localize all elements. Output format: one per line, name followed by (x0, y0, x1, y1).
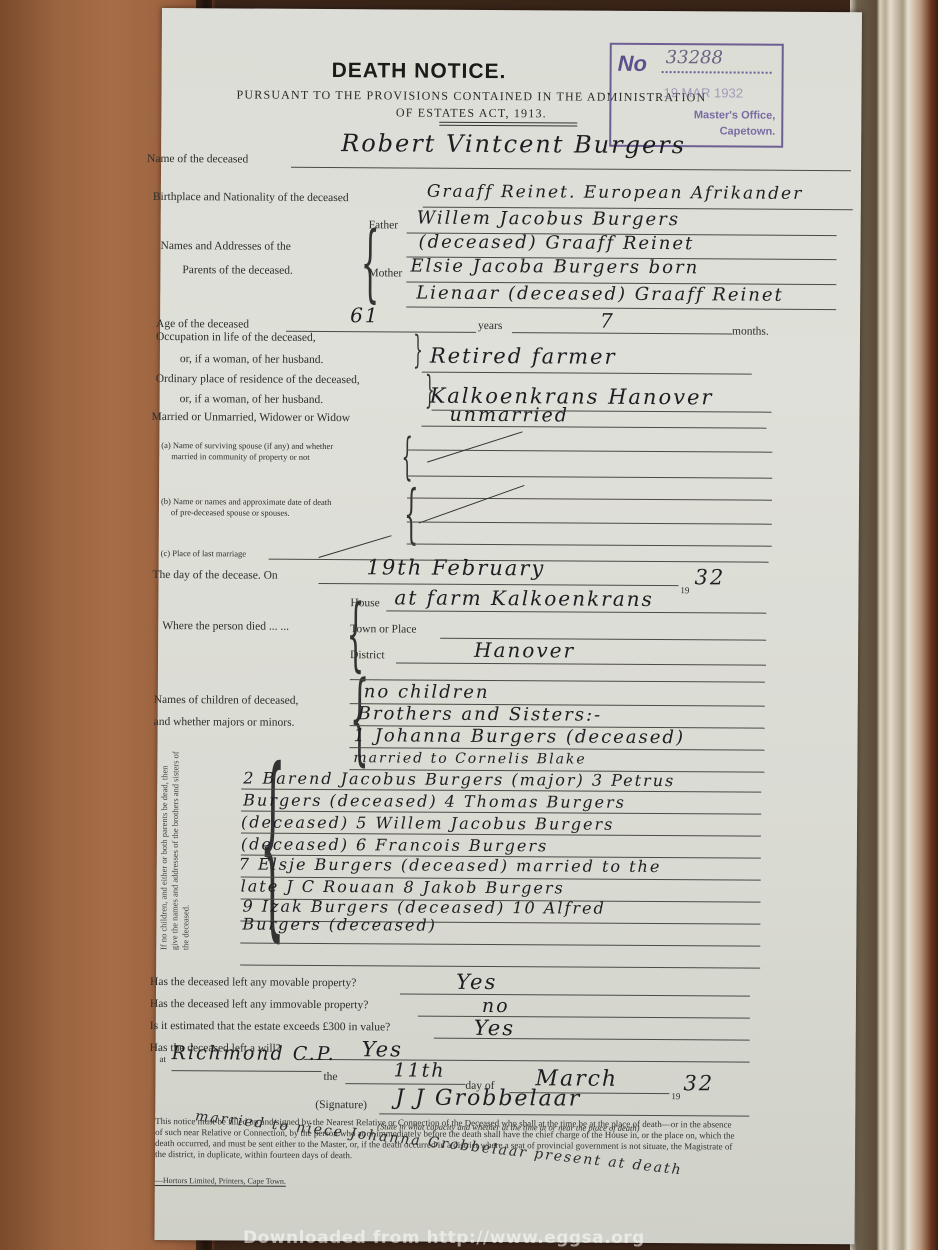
immovable-label: Has the deceased left any immovable prop… (150, 998, 368, 1011)
spouse-predeceased-rule-3 (407, 544, 772, 547)
spouse-surviving-rule-2 (407, 476, 772, 479)
signed-year-prefix: 19 (671, 1091, 680, 1101)
parents-label-2: Parents of the deceased. (182, 264, 293, 277)
watermark: Downloaded from http://www.eggsa.org (243, 1228, 645, 1248)
parents-label-1: Names and Addresses of the (161, 240, 291, 253)
spouse-predeceased-label: (b) Name or names and approximate date o… (161, 496, 332, 519)
mother-rule-2 (406, 306, 836, 310)
birthplace-value: Graaff Reinet. European Afrikander (427, 182, 803, 204)
signed-day-value: 11th (393, 1059, 445, 1081)
children-line-3: 1 Johanna Burgers (deceased) (353, 725, 685, 748)
children-label-1: Names of children of deceased, (154, 694, 299, 707)
siblings-rule-7 (240, 942, 760, 946)
immovable-rule (418, 1016, 750, 1019)
spouse-surviving-cross-out (427, 431, 523, 462)
spouse-predeceased-cross-out (419, 485, 525, 524)
signed-the-label: the (323, 1071, 337, 1083)
house-value: at farm Kalkoenkrans (394, 585, 654, 611)
spouse-predeceased-rule-1 (407, 498, 772, 501)
siblings-line-8: Burgers (deceased) (242, 915, 437, 935)
signed-year-value: 32 (683, 1071, 714, 1095)
name-rule (291, 167, 851, 171)
siblings-line-1: 2 Barend Jacobus Burgers (major) 3 Petru… (243, 769, 675, 791)
name-value: Robert Vintcent Burgers (341, 129, 686, 159)
residence-label-1: Ordinary place of residence of the decea… (156, 373, 360, 386)
stamp-office: Master's Office, Capetown. (694, 107, 776, 139)
birthplace-label: Birthplace and Nationality of the deceas… (153, 191, 349, 204)
death-notice-page: DEATH NOTICE. PURSUANT TO THE PROVISIONS… (154, 8, 862, 1244)
marital-label: Married or Unmarried, Widower or Widow (151, 411, 350, 424)
stamp-dotted-line (662, 71, 772, 74)
marital-value: unmarried (449, 404, 569, 427)
will-value: Yes (362, 1037, 403, 1061)
last-marriage-label: (c) Place of last marriage (161, 548, 247, 560)
siblings-side-label-text: If no children, and either or both paren… (158, 750, 192, 950)
stamp-office-line-1: Master's Office, (694, 107, 776, 123)
mother-value-2: Lienaar (deceased) Graaff Reinet (416, 283, 784, 306)
siblings-line-6: late J C Rouaan 8 Jakob Burgers (241, 876, 565, 897)
children-line-2: Brothers and Sisters:- (358, 703, 603, 725)
document-title: DEATH NOTICE. (332, 59, 507, 84)
age-months-rule (512, 332, 732, 334)
residence-label-2: or, if a woman, of her husband. (180, 393, 324, 406)
movable-label: Has the deceased left any movable proper… (150, 976, 356, 989)
siblings-line-3: (deceased) 5 Willem Jacobus Burgers (241, 812, 614, 833)
children-line-1: no children (364, 681, 490, 703)
father-label: Father (369, 219, 398, 231)
signed-at-rule (172, 1070, 322, 1072)
age-months-label: months. (732, 325, 769, 337)
occupation-label-2: or, if a woman, of her husband. (180, 353, 324, 366)
mother-value-1: Elsie Jacoba Burgers born (410, 256, 699, 279)
district-rule (396, 662, 766, 665)
stamp-no-label: No (618, 51, 647, 77)
district-value: Hanover (474, 638, 575, 663)
siblings-side-label: If no children, and either or both paren… (158, 750, 219, 950)
age-years-value: 61 (350, 303, 380, 327)
exceeds-value: Yes (474, 1016, 515, 1040)
children-line-4: married to Cornelis Blake (353, 750, 586, 767)
decease-day-value: 19th February (367, 555, 546, 580)
spouse-predeceased-brace: { (404, 477, 419, 551)
occupation-rule (422, 372, 752, 375)
town-label: Town or Place (350, 623, 416, 635)
spouse-surviving-label: (a) Name of surviving spouse (if any) an… (161, 440, 333, 463)
stamp-office-line-2: Capetown. (694, 123, 776, 139)
stamp-number: 33288 (666, 47, 723, 68)
name-label: Name of the deceased (147, 153, 248, 166)
signed-at-label: at (160, 1054, 167, 1064)
instructions-footnote: This notice must be filled up and signed… (155, 1116, 735, 1164)
occupation-label-1: Occupation in life of the deceased, (156, 331, 316, 344)
occupation-value: Retired farmer (430, 344, 617, 369)
page-stack-edge (850, 0, 938, 1250)
stamp-date: 19 MAR 1932 (663, 85, 743, 100)
father-value-2: (deceased) Graaff Reinet (419, 232, 695, 255)
marital-rule (421, 426, 766, 429)
siblings-line-4: (deceased) 6 Francois Burgers (241, 834, 548, 855)
occupation-brace: } (413, 328, 423, 372)
siblings-line-5: 7 Elsje Burgers (deceased) married to th… (239, 854, 662, 876)
title-underline (439, 122, 577, 127)
spouse-surviving-label-2: married in community of property or not (161, 451, 333, 463)
age-label: Age of the deceased (156, 318, 249, 331)
exceeds-label: Is it estimated that the estate exceeds … (150, 1020, 391, 1033)
printer-imprint: —Hortors Limited, Printers, Cape Town. (155, 1176, 286, 1187)
spouse-predeceased-label-2: of pre-deceased spouse or spouses. (161, 507, 331, 519)
siblings-line-2: Burgers (deceased) 4 Thomas Burgers (243, 791, 626, 812)
place-of-death-label: Where the person died ... ... (162, 620, 289, 633)
immovable-value: no (482, 995, 510, 1017)
signature-rule (379, 1113, 749, 1116)
spouse-predeceased-rule-2 (407, 522, 772, 525)
signature-value: J J Grobbelaar (395, 1085, 581, 1111)
age-months-value: 7 (600, 309, 615, 333)
father-value-1: Willem Jacobus Burgers (417, 208, 680, 231)
decease-day-label: The day of the decease. On (152, 569, 277, 582)
house-rule (386, 610, 766, 613)
siblings-rule-8 (240, 964, 760, 968)
signed-at-place: Richmond C.P. (172, 1042, 336, 1065)
decease-year-value: 32 (694, 565, 725, 589)
mother-label: Mother (368, 267, 402, 279)
signature-label: (Signature) (315, 1099, 367, 1111)
age-years-label: years (478, 320, 502, 332)
movable-value: Yes (456, 970, 497, 994)
house-label: House (350, 597, 379, 609)
decease-year-prefix: 19 (680, 585, 689, 595)
movable-rule (400, 993, 750, 996)
